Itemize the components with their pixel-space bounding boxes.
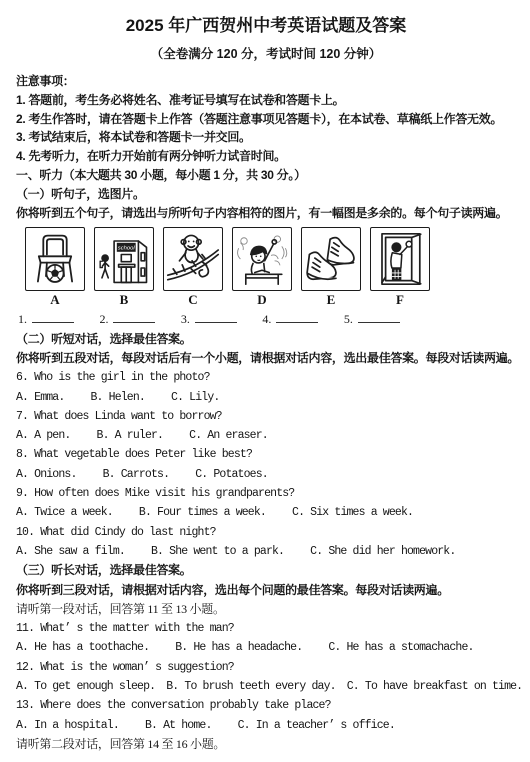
option-b: B. Helen. (90, 391, 144, 404)
svg-text:school: school (118, 246, 136, 252)
question-6-text: 6. Who is the girl in the photo? (16, 368, 516, 387)
option-c: C. He has a stomachache. (328, 641, 473, 654)
question-12-options: A. To get enough sleep. B. To brush teet… (16, 677, 516, 696)
option-c: C. She did her homework. (310, 545, 455, 558)
blank-line (276, 311, 318, 323)
monkey-branch-image (163, 227, 223, 291)
option-a: A. Twice a week. (16, 506, 113, 519)
option-b: B. Carrots. (103, 468, 170, 481)
notice-heading: 注意事项： (16, 72, 516, 91)
option-c: C. Six times a week. (292, 506, 413, 519)
chair-football-image (25, 227, 85, 291)
option-b: B. At home. (145, 719, 212, 732)
option-b: B. Four times a week. (139, 506, 266, 519)
picture-e-label: E (327, 292, 336, 307)
option-a: A. He has a toothache. (16, 641, 149, 654)
picture-d-label: D (257, 292, 266, 307)
question-10-text: 10. What did Cindy do last night? (16, 523, 516, 542)
answer-blank-4: 4. (262, 310, 339, 329)
school-building-image: school (94, 227, 154, 291)
option-b: B. A ruler. (97, 429, 164, 442)
part1-heading: （一）听句子，选图片。 (16, 185, 516, 204)
picture-f-label: F (396, 292, 404, 307)
question-6-options: A. Emma. B. Helen. C. Lily. (16, 388, 516, 407)
listening-section-heading: 一、听力（本大题共 30 小题，每小题 1 分，共 30 分。） (16, 166, 516, 185)
picture-c-label: C (188, 292, 197, 307)
question-7-text: 7. What does Linda want to borrow? (16, 407, 516, 426)
picture-a-label: A (50, 292, 59, 307)
answer-blank-3: 3. (181, 310, 258, 329)
pupil-raising-hand-image (232, 227, 292, 291)
picture-e: E (300, 227, 362, 307)
question-11-text: 11. What’ s the matter with the man? (16, 619, 516, 638)
exam-page: 2025 年广西贺州中考英语试题及答案 （全卷满分 120 分，考试时间 120… (0, 0, 530, 754)
notice-item-1: 1. 答题前，考生务必将姓名、准考证号填写在试卷和答题卡上。 (16, 91, 516, 110)
option-a: A. To get enough sleep. (16, 680, 155, 693)
part3-instruction: 你将听到三段对话，请根据对话内容，选出每个问题的最佳答案。每段对话读两遍。 (16, 581, 516, 600)
page-subtitle: （全卷满分 120 分，考试时间 120 分钟） (16, 45, 516, 63)
part3-heading: （三）听长对话，选择最佳答案。 (16, 561, 516, 580)
part2-heading: （二）听短对话，选择最佳答案。 (16, 330, 516, 349)
dialog2-note: 请听第二段对话，回答第 14 至 16 小题。 (16, 735, 516, 754)
option-c: C. Lily. (171, 391, 219, 404)
option-a: A. In a hospital. (16, 719, 119, 732)
picture-b: school B (93, 227, 155, 307)
picture-b-label: B (120, 292, 129, 307)
picture-c: C (162, 227, 224, 307)
blank-line (113, 311, 155, 323)
picture-f: F (369, 227, 431, 307)
notice-item-4: 4. 先考听力，在听力开始前有两分钟听力试音时间。 (16, 147, 516, 166)
option-a: A. Onions. (16, 468, 77, 481)
sneakers-image (301, 227, 361, 291)
option-a: A. Emma. (16, 391, 64, 404)
question-13-text: 13. Where does the conversation probably… (16, 696, 516, 715)
question-8-options: A. Onions. B. Carrots. C. Potatoes. (16, 465, 516, 484)
picture-row: A school (24, 227, 516, 307)
blank-line (195, 311, 237, 323)
window-cleaning-image (370, 227, 430, 291)
question-8-text: 8. What vegetable does Peter like best? (16, 445, 516, 464)
answer-blank-2: 2. (99, 310, 176, 329)
question-10-options: A. She saw a film. B. She went to a park… (16, 542, 516, 561)
answer-blanks-row: 1. 2. 3. 4. 5. (16, 309, 516, 329)
question-9-text: 9. How often does Mike visit his grandpa… (16, 484, 516, 503)
option-b: B. She went to a park. (151, 545, 284, 558)
option-b: B. To brush teeth every day. (166, 680, 335, 693)
part1-instruction: 你将听到五个句子，请选出与所听句子内容相符的图片，有一幅图是多余的。每个句子读两… (16, 204, 516, 223)
question-12-text: 12. What is the woman’ s suggestion? (16, 658, 516, 677)
notice-item-3: 3. 考试结束后，将本试卷和答题卡一并交回。 (16, 128, 516, 147)
question-13-options: A. In a hospital. B. At home. C. In a te… (16, 716, 516, 735)
picture-a: A (24, 227, 86, 307)
option-c: C. An eraser. (189, 429, 268, 442)
part2-instruction: 你将听到五段对话，每段对话后有一个小题，请根据对话内容，选出最佳答案。每段对话读… (16, 349, 516, 368)
option-c: C. To have breakfast on time. (347, 680, 522, 693)
answer-blank-1: 1. (18, 310, 95, 329)
question-9-options: A. Twice a week. B. Four times a week. C… (16, 503, 516, 522)
page-title: 2025 年广西贺州中考英语试题及答案 (16, 14, 516, 38)
option-c: C. Potatoes. (195, 468, 268, 481)
question-7-options: A. A pen. B. A ruler. C. An eraser. (16, 426, 516, 445)
notice-item-2: 2. 考生作答时，请在答题卡上作答（答题注意事项见答题卡），在本试卷、草稿纸上作… (16, 110, 516, 129)
option-a: A. A pen. (16, 429, 70, 442)
question-11-options: A. He has a toothache. B. He has a heada… (16, 638, 516, 657)
picture-d: D (231, 227, 293, 307)
answer-blank-5: 5. (344, 310, 421, 329)
option-a: A. She saw a film. (16, 545, 125, 558)
blank-line (32, 311, 74, 323)
option-b: B. He has a headache. (175, 641, 302, 654)
option-c: C. In a teacher’ s office. (238, 719, 395, 732)
blank-line (358, 311, 400, 323)
dialog1-note: 请听第一段对话，回答第 11 至 13 小题。 (16, 600, 516, 619)
